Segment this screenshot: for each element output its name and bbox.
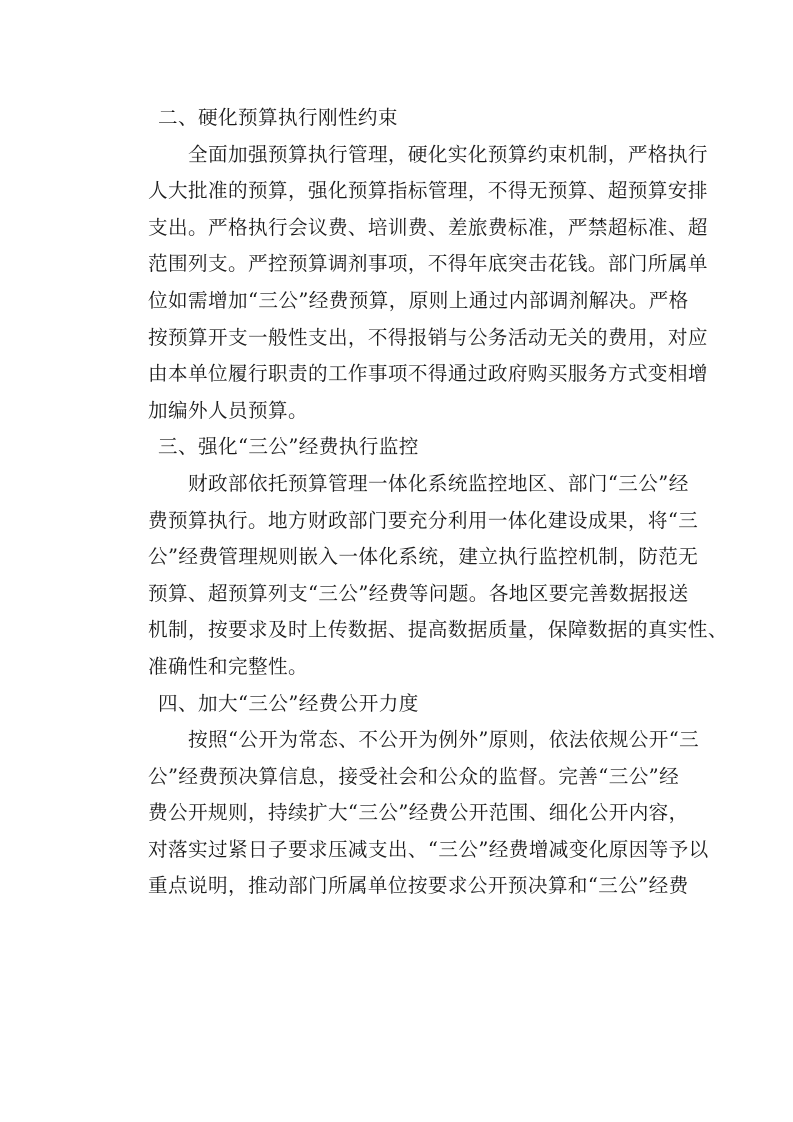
paragraph-line: 加编外人员预算。 [148,393,678,430]
paragraph-line: 人大批准的预算，强化预算指标管理，不得无预算、超预算安排 [148,173,678,210]
paragraph-line: 全面加强预算执行管理，硬化实化预算约束机制，严格执行 [148,137,678,174]
paragraph-line: 按照“公开为常态、不公开为例外”原则，依法依规公开“三 [148,722,678,759]
document-page: 二、硬化预算执行刚性约束 全面加强预算执行管理，硬化实化预算约束机制，严格执行 … [148,100,678,905]
paragraph-line: 由本单位履行职责的工作事项不得通过政府购买服务方式变相增 [148,356,678,393]
section-heading-4: 四、加大“三公”经费公开力度 [148,686,678,723]
section-heading-2: 二、硬化预算执行刚性约束 [148,100,678,137]
paragraph-line: 费预算执行。地方财政部门要充分利用一体化建设成果，将“三 [148,503,678,540]
paragraph-line: 范围列支。严控预算调剂事项，不得年底突击花钱。部门所属单 [148,246,678,283]
paragraph-line: 重点说明，推动部门所属单位按要求公开预决算和“三公”经费 [148,868,678,905]
paragraph-line: 位如需增加“三公”经费预算，原则上通过内部调剂解决。严格 [148,283,678,320]
paragraph-line: 费公开规则，持续扩大“三公”经费公开范围、细化公开内容， [148,795,678,832]
paragraph-line: 财政部依托预算管理一体化系统监控地区、部门“三公”经 [148,466,678,503]
paragraph-line: 预算、超预算列支“三公”经费等问题。各地区要完善数据报送 [148,576,678,613]
paragraph-line: 按预算开支一般性支出，不得报销与公务活动无关的费用，对应 [148,320,678,357]
paragraph-line: 机制，按要求及时上传数据、提高数据质量，保障数据的真实性、 [148,612,678,649]
paragraph-line: 对落实过紧日子要求压减支出、“三公”经费增减变化原因等予以 [148,832,678,869]
paragraph-line: 准确性和完整性。 [148,649,678,686]
paragraph-line: 公”经费预决算信息，接受社会和公众的监督。完善“三公”经 [148,759,678,796]
section-heading-3: 三、强化“三公”经费执行监控 [148,429,678,466]
paragraph-line: 公”经费管理规则嵌入一体化系统，建立执行监控机制，防范无 [148,539,678,576]
paragraph-line: 支出。严格执行会议费、培训费、差旅费标准，严禁超标准、超 [148,210,678,247]
